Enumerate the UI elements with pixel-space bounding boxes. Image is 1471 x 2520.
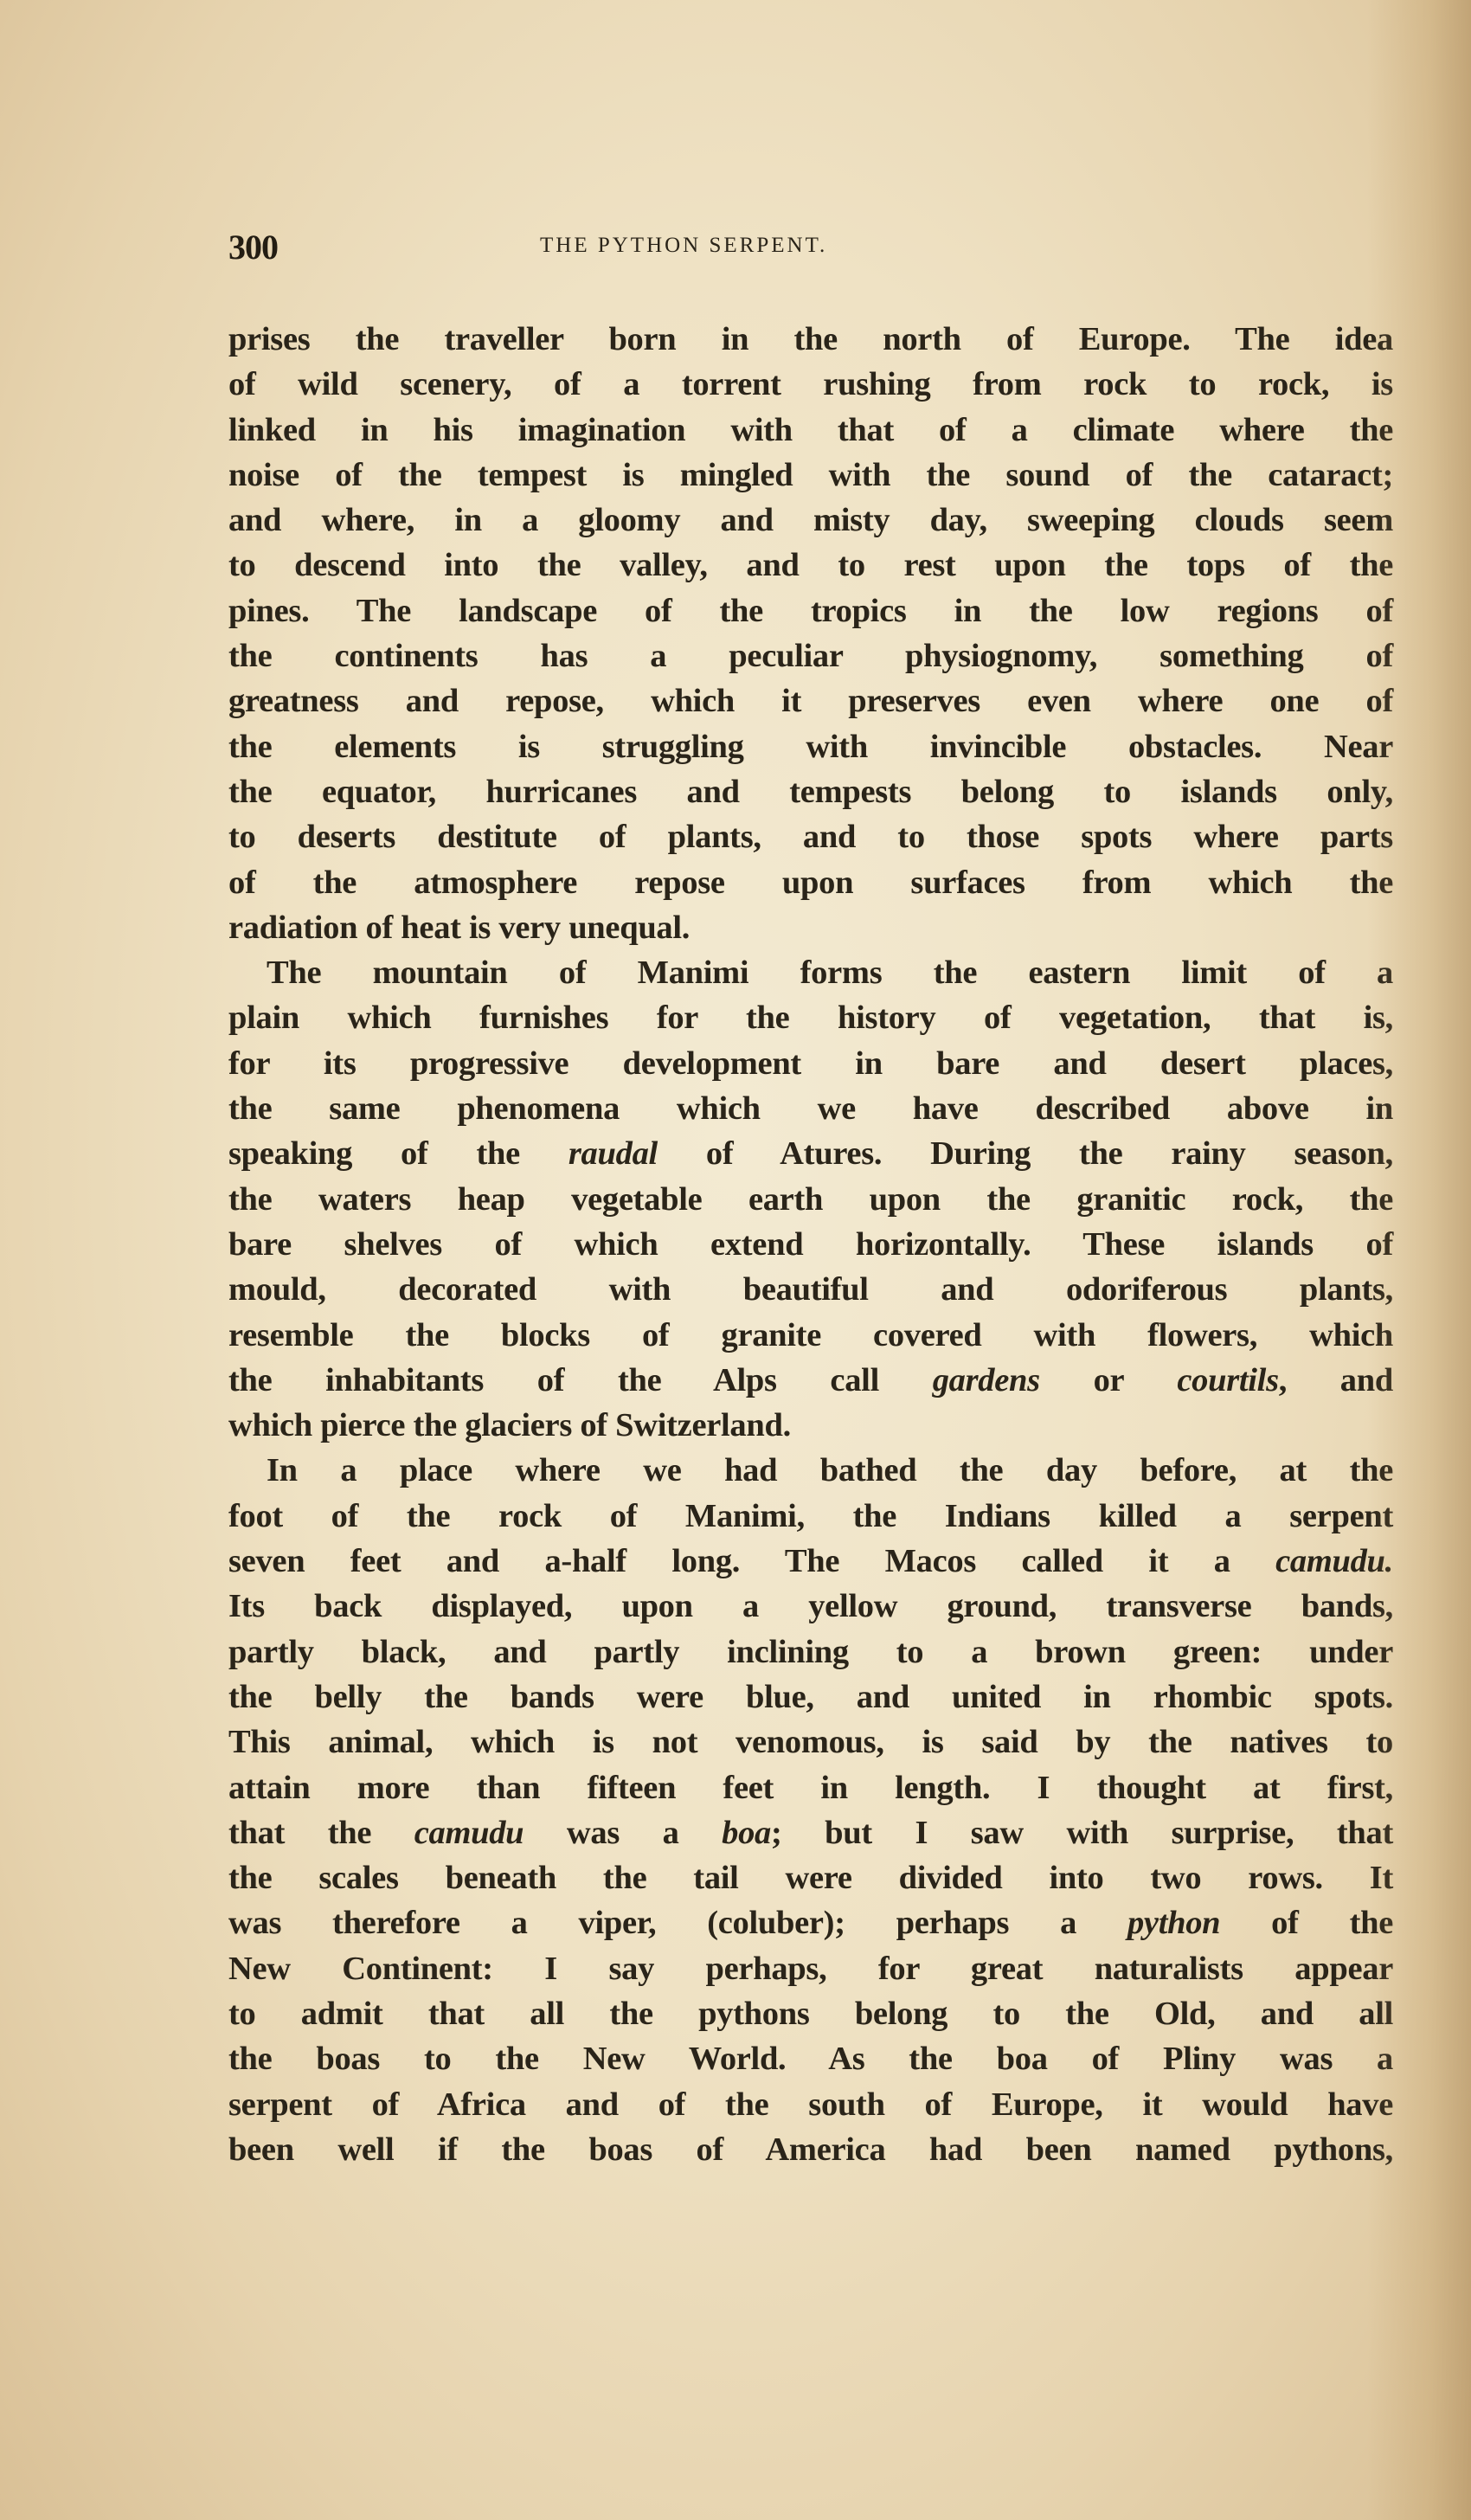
paragraph: In a place where we had bathed the day b…	[228, 1448, 1393, 2172]
text-run: was therefore a viper, (coluber); perhap…	[228, 1905, 1127, 1941]
text-line: resemble the blocks of granite covered w…	[228, 1313, 1393, 1358]
text-line: bare shelves of which extend horizontall…	[228, 1222, 1393, 1267]
text-line: the elements is struggling with invincib…	[228, 724, 1393, 769]
text-run: serpent of Africa and of the south of Eu…	[228, 2086, 1393, 2123]
text-run: attain more than fifteen feet in length.…	[228, 1770, 1393, 1806]
text-line: which pierce the glaciers of Switzerland…	[228, 1403, 1393, 1448]
text-line: plain which furnishes for the history of…	[228, 995, 1393, 1040]
text-line: speaking of the raudal of Atures. During…	[228, 1131, 1393, 1176]
text-line: for its progressive development in bare …	[228, 1041, 1393, 1086]
text-run: the scales beneath the tail were divided…	[228, 1860, 1393, 1896]
paragraph: The mountain of Manimi forms the eastern…	[228, 950, 1393, 1448]
text-line: pines. The landscape of the tropics in t…	[228, 588, 1393, 633]
text-run: foot of the rock of Manimi, the Indians …	[228, 1498, 1393, 1534]
text-run: This animal, which is not venomous, is s…	[228, 1724, 1393, 1760]
text-line: the same phenomena which we have describ…	[228, 1086, 1393, 1131]
text-run: Its back displayed, upon a yellow ground…	[228, 1588, 1393, 1624]
text-run: of the atmosphere repose upon surfaces f…	[228, 865, 1393, 901]
text-run: the equator, hurricanes and tempests bel…	[228, 774, 1393, 810]
text-run: seven feet and a-half long. The Macos ca…	[228, 1543, 1275, 1579]
text-run: for its progressive development in bare …	[228, 1045, 1393, 1082]
text-run: plain which furnishes for the history of…	[228, 1000, 1393, 1036]
text-run: pines. The landscape of the tropics in t…	[228, 593, 1393, 629]
text-run: linked in his imagination with that of a…	[228, 412, 1393, 448]
text-run: of wild scenery, of a torrent rushing fr…	[228, 366, 1393, 402]
running-head: 300 THE PYTHON SERPENT.	[228, 227, 1393, 265]
text-run: speaking of the	[228, 1135, 568, 1172]
text-line: and where, in a gloomy and misty day, sw…	[228, 498, 1393, 543]
italic-term: camudu	[414, 1815, 524, 1851]
italic-term: boa	[722, 1815, 771, 1851]
text-line: greatness and repose, which it preserves…	[228, 678, 1393, 723]
text-line: linked in his imagination with that of a…	[228, 408, 1393, 453]
text-line: of wild scenery, of a torrent rushing fr…	[228, 362, 1393, 407]
running-title: THE PYTHON SERPENT.	[540, 234, 827, 258]
text-run: to admit that all the pythons belong to …	[228, 1996, 1393, 2032]
book-page: 300 THE PYTHON SERPENT. prises the trave…	[0, 0, 1471, 2520]
text-run: radiation of heat is very unequal.	[228, 910, 690, 946]
page-number: 300	[228, 227, 278, 267]
text-line: noise of the tempest is mingled with the…	[228, 453, 1393, 498]
text-line: prises the traveller born in the north o…	[228, 317, 1393, 362]
text-run: the belly the bands were blue, and unite…	[228, 1679, 1393, 1715]
text-run: The mountain of Manimi forms the eastern…	[267, 955, 1393, 991]
text-line: seven feet and a-half long. The Macos ca…	[228, 1539, 1393, 1584]
text-line: New Continent: I say perhaps, for great …	[228, 1946, 1393, 1991]
text-line: to deserts destitute of plants, and to t…	[228, 814, 1393, 859]
text-run: of Atures. During the rainy season,	[658, 1135, 1393, 1172]
text-line: This animal, which is not venomous, is s…	[228, 1720, 1393, 1765]
text-run: the waters heap vegetable earth upon the…	[228, 1181, 1393, 1218]
text-run: to deserts destitute of plants, and to t…	[228, 819, 1393, 855]
text-line: Its back displayed, upon a yellow ground…	[228, 1584, 1393, 1629]
text-run: partly black, and partly inclining to a …	[228, 1634, 1393, 1670]
paragraph: prises the traveller born in the north o…	[228, 317, 1393, 950]
text-line: serpent of Africa and of the south of Eu…	[228, 2082, 1393, 2127]
text-line: the inhabitants of the Alps call gardens…	[228, 1358, 1393, 1403]
body-text: prises the traveller born in the north o…	[228, 317, 1393, 2172]
text-run: the same phenomena which we have describ…	[228, 1090, 1393, 1127]
text-line: the waters heap vegetable earth upon the…	[228, 1177, 1393, 1222]
italic-term: courtils	[1177, 1362, 1278, 1398]
text-line: the belly the bands were blue, and unite…	[228, 1675, 1393, 1720]
text-line: the continents has a peculiar physiognom…	[228, 633, 1393, 678]
text-run: bare shelves of which extend horizontall…	[228, 1226, 1393, 1263]
text-run: noise of the tempest is mingled with the…	[228, 457, 1393, 493]
text-line: was therefore a viper, (coluber); perhap…	[228, 1900, 1393, 1945]
text-line: to admit that all the pythons belong to …	[228, 1991, 1393, 2036]
text-run: the inhabitants of the Alps call	[228, 1362, 933, 1398]
italic-term: python	[1127, 1905, 1220, 1941]
text-run: or	[1040, 1362, 1178, 1398]
italic-term: raudal	[568, 1135, 658, 1172]
text-run: the boas to the New World. As the boa of…	[228, 2041, 1393, 2077]
text-run: prises the traveller born in the north o…	[228, 321, 1393, 357]
text-line: mould, decorated with beautiful and odor…	[228, 1267, 1393, 1312]
text-run: , and	[1279, 1362, 1393, 1398]
text-run: that the	[228, 1815, 414, 1851]
italic-term: gardens	[933, 1362, 1040, 1398]
text-line: the scales beneath the tail were divided…	[228, 1855, 1393, 1900]
text-run: ; but I saw with surprise, that	[771, 1815, 1393, 1851]
text-line: The mountain of Manimi forms the eastern…	[228, 950, 1393, 995]
text-run: which pierce the glaciers of Switzerland…	[228, 1407, 791, 1443]
text-line: foot of the rock of Manimi, the Indians …	[228, 1494, 1393, 1539]
text-line: been well if the boas of America had bee…	[228, 2127, 1393, 2172]
text-line: partly black, and partly inclining to a …	[228, 1630, 1393, 1675]
text-run: In a place where we had bathed the day b…	[267, 1452, 1393, 1488]
text-line: In a place where we had bathed the day b…	[228, 1448, 1393, 1493]
text-run: the continents has a peculiar physiognom…	[228, 638, 1393, 674]
text-run: New Continent: I say perhaps, for great …	[228, 1951, 1393, 1987]
text-line: of the atmosphere repose upon surfaces f…	[228, 860, 1393, 905]
text-line: radiation of heat is very unequal.	[228, 905, 1393, 950]
text-run: the elements is struggling with invincib…	[228, 729, 1393, 765]
text-line: that the camudu was a boa; but I saw wit…	[228, 1810, 1393, 1855]
text-run: and where, in a gloomy and misty day, sw…	[228, 502, 1393, 538]
italic-term: camudu.	[1275, 1543, 1393, 1579]
text-run: been well if the boas of America had bee…	[228, 2131, 1393, 2168]
text-run: mould, decorated with beautiful and odor…	[228, 1271, 1393, 1308]
text-run: was a	[524, 1815, 722, 1851]
text-line: attain more than fifteen feet in length.…	[228, 1765, 1393, 1810]
text-run: of the	[1220, 1905, 1393, 1941]
text-run: resemble the blocks of granite covered w…	[228, 1317, 1393, 1353]
text-line: the equator, hurricanes and tempests bel…	[228, 769, 1393, 814]
text-run: greatness and repose, which it preserves…	[228, 683, 1393, 719]
text-line: to descend into the valley, and to rest …	[228, 543, 1393, 588]
text-run: to descend into the valley, and to rest …	[228, 547, 1393, 583]
text-line: the boas to the New World. As the boa of…	[228, 2036, 1393, 2081]
